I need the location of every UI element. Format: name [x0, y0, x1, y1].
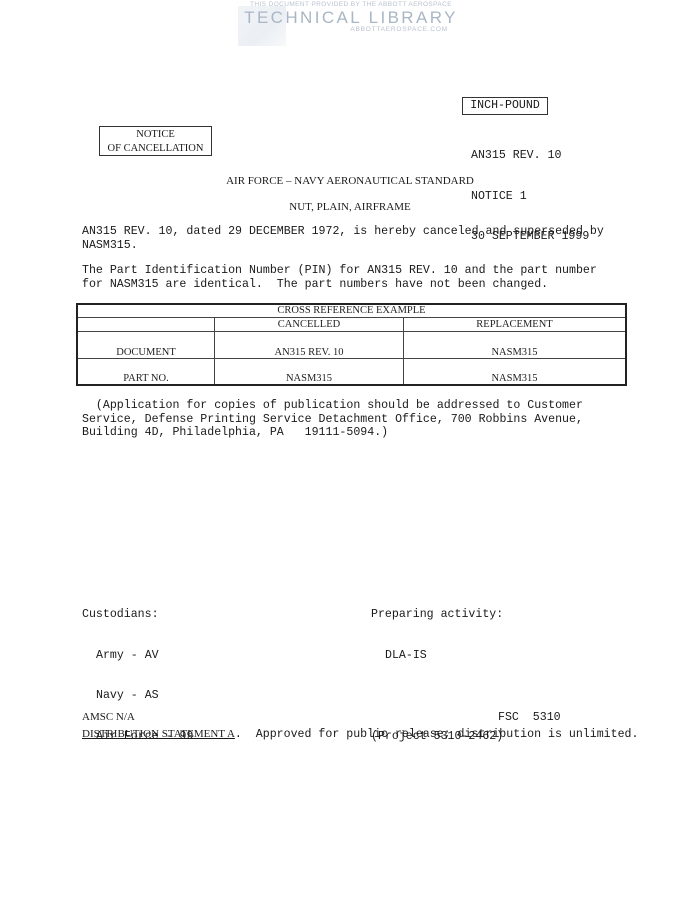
replacement-value: NASM315 [404, 359, 627, 386]
distribution-statement-text: . Approved for public release; distribut… [235, 728, 639, 741]
fsc-label: FSC 5310 [498, 711, 561, 725]
column-header-blank [77, 318, 215, 332]
standard-title: AIR FORCE – NAVY AERONAUTICAL STANDARD [0, 175, 700, 187]
cancelled-value: AN315 REV. 10 [215, 332, 404, 359]
preparing-activity-name: DLA-IS [371, 649, 503, 663]
application-note: (Application for copies of publication s… [82, 399, 583, 440]
watermark-url: ABBOTTAEROSPACE.COM [236, 26, 466, 34]
document-id: AN315 REV. 10 [471, 149, 589, 163]
notice-of-cancellation-box: NOTICE OF CANCELLATION [99, 126, 212, 156]
custodians-heading: Custodians: [82, 608, 193, 622]
distribution-statement-label: DISTRIBUTION STATEMENT A [82, 728, 235, 740]
cross-reference-title: CROSS REFERENCE EXAMPLE [77, 304, 626, 318]
column-header-replacement: REPLACEMENT [404, 318, 627, 332]
watermark-title: TECHNICAL LIBRARY [236, 9, 466, 26]
row-label: DOCUMENT [77, 332, 215, 359]
replacement-value: NASM315 [404, 332, 627, 359]
pin-paragraph: The Part Identification Number (PIN) for… [82, 264, 597, 291]
cross-reference-table: CROSS REFERENCE EXAMPLE CANCELLED REPLAC… [76, 303, 627, 386]
inch-pound-box: INCH-POUND [462, 97, 548, 115]
custodian-army: Army - AV [82, 649, 193, 663]
amsc-label: AMSC N/A [82, 711, 135, 723]
cancelled-value: NASM315 [215, 359, 404, 386]
table-row: DOCUMENT AN315 REV. 10 NASM315 [77, 332, 626, 359]
watermark: THIS DOCUMENT PROVIDED BY THE ABBOTT AER… [236, 1, 466, 34]
part-title: NUT, PLAIN, AIRFRAME [0, 201, 700, 213]
notice-box-line1: NOTICE [100, 128, 211, 142]
table-row: PART NO. NASM315 NASM315 [77, 359, 626, 386]
preparing-activity-heading: Preparing activity: [371, 608, 503, 622]
distribution-statement: DISTRIBUTION STATEMENT A. Approved for p… [82, 724, 638, 742]
notice-box-line2: OF CANCELLATION [100, 142, 211, 156]
custodian-navy: Navy - AS [82, 689, 193, 703]
column-header-cancelled: CANCELLED [215, 318, 404, 332]
row-label: PART NO. [77, 359, 215, 386]
cancellation-paragraph: AN315 REV. 10, dated 29 DECEMBER 1972, i… [82, 225, 604, 252]
